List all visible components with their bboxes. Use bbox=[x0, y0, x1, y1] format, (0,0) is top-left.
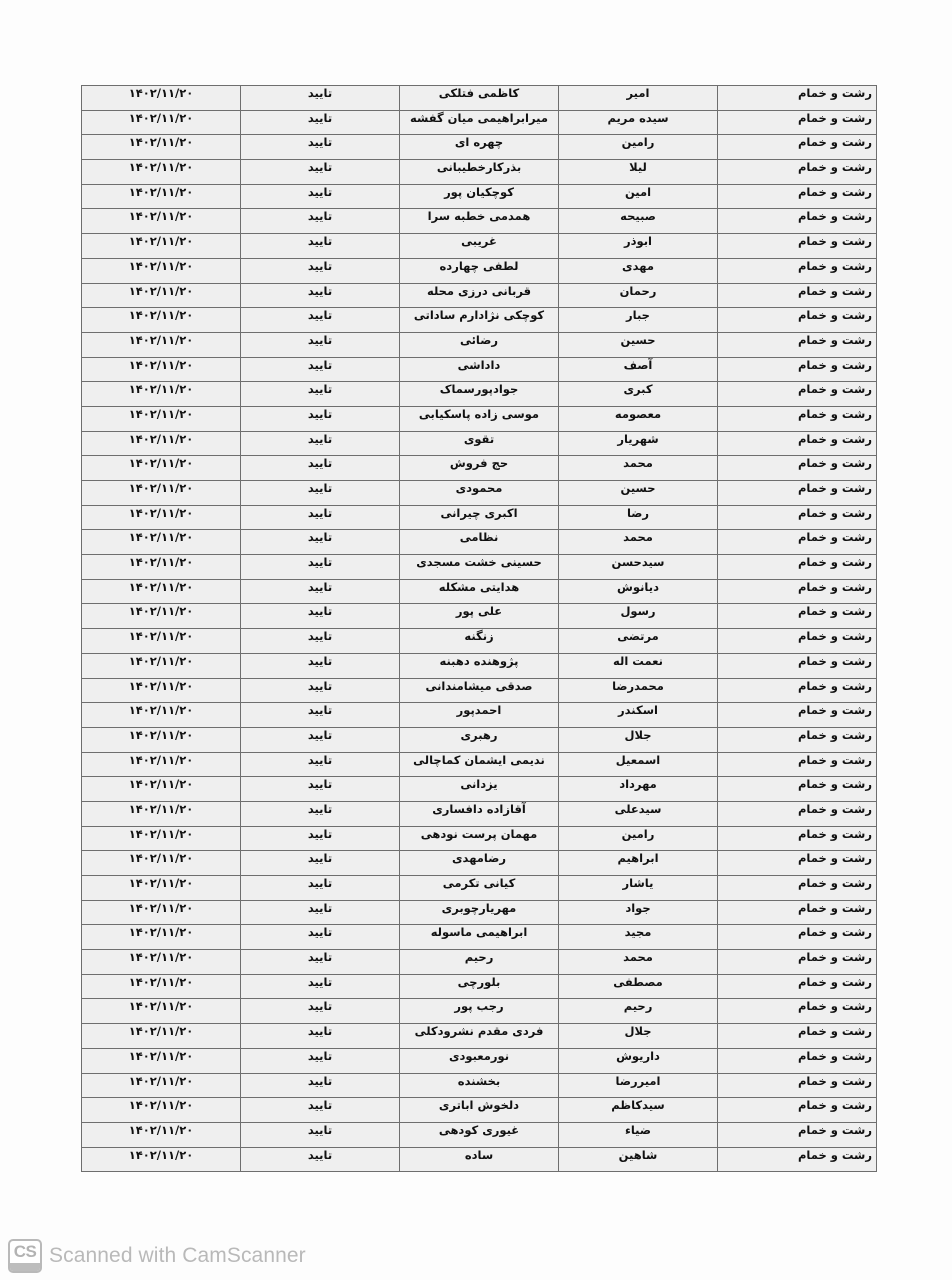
last-name-cell: غریبی bbox=[400, 234, 559, 259]
date-cell: ۱۴۰۲/۱۱/۲۰ bbox=[82, 876, 241, 901]
table-row: ۱۴۰۲/۱۱/۲۰تاییدهمدمی خطبه سراصبیحهرشت و … bbox=[82, 209, 877, 234]
date-cell: ۱۴۰۲/۱۱/۲۰ bbox=[82, 950, 241, 975]
status-cell: تایید bbox=[241, 925, 400, 950]
first-name-cell: مهرداد bbox=[559, 777, 718, 802]
status-cell: تایید bbox=[241, 283, 400, 308]
region-cell: رشت و خمام bbox=[718, 209, 877, 234]
table-row: ۱۴۰۲/۱۱/۲۰تاییدآقازاده دافساریسیدعلیرشت … bbox=[82, 801, 877, 826]
date-cell: ۱۴۰۲/۱۱/۲۰ bbox=[82, 727, 241, 752]
last-name-cell: نورمعبودی bbox=[400, 1048, 559, 1073]
table-row: ۱۴۰۲/۱۱/۲۰تاییدعلی پوررسولرشت و خمام bbox=[82, 604, 877, 629]
status-cell: تایید bbox=[241, 1122, 400, 1147]
camscanner-logo-icon: CS bbox=[8, 1239, 42, 1273]
date-cell: ۱۴۰۲/۱۱/۲۰ bbox=[82, 653, 241, 678]
table-row: ۱۴۰۲/۱۱/۲۰تاییدصدقی میشامندانیمحمدرضارشت… bbox=[82, 678, 877, 703]
region-cell: رشت و خمام bbox=[718, 801, 877, 826]
status-cell: تایید bbox=[241, 801, 400, 826]
last-name-cell: همدمی خطبه سرا bbox=[400, 209, 559, 234]
region-cell: رشت و خمام bbox=[718, 530, 877, 555]
first-name-cell: محمد bbox=[559, 456, 718, 481]
last-name-cell: لطفی چهارده bbox=[400, 258, 559, 283]
first-name-cell: مجید bbox=[559, 925, 718, 950]
status-cell: تایید bbox=[241, 184, 400, 209]
status-cell: تایید bbox=[241, 876, 400, 901]
last-name-cell: احمدپور bbox=[400, 703, 559, 728]
table-row: ۱۴۰۲/۱۱/۲۰تاییدمحمودیحسینرشت و خمام bbox=[82, 481, 877, 506]
status-cell: تایید bbox=[241, 900, 400, 925]
table-row: ۱۴۰۲/۱۱/۲۰تاییدرجب پوررحیمرشت و خمام bbox=[82, 999, 877, 1024]
status-cell: تایید bbox=[241, 974, 400, 999]
first-name-cell: جواد bbox=[559, 900, 718, 925]
table-row: ۱۴۰۲/۱۱/۲۰تاییداحمدپوراسکندررشت و خمام bbox=[82, 703, 877, 728]
date-cell: ۱۴۰۲/۱۱/۲۰ bbox=[82, 382, 241, 407]
first-name-cell: رسول bbox=[559, 604, 718, 629]
camscanner-watermark: CS Scanned with CamScanner bbox=[8, 1238, 306, 1274]
region-cell: رشت و خمام bbox=[718, 826, 877, 851]
table-row: ۱۴۰۲/۱۱/۲۰تاییدحسینی خشت مسجدیسیدحسنرشت … bbox=[82, 555, 877, 580]
last-name-cell: مهریارچوبری bbox=[400, 900, 559, 925]
region-cell: رشت و خمام bbox=[718, 431, 877, 456]
date-cell: ۱۴۰۲/۱۱/۲۰ bbox=[82, 801, 241, 826]
last-name-cell: رحیم bbox=[400, 950, 559, 975]
table-row: ۱۴۰۲/۱۱/۲۰تاییدقربانی درزی محلهرحمانرشت … bbox=[82, 283, 877, 308]
last-name-cell: آقازاده دافساری bbox=[400, 801, 559, 826]
date-cell: ۱۴۰۲/۱۱/۲۰ bbox=[82, 999, 241, 1024]
date-cell: ۱۴۰۲/۱۱/۲۰ bbox=[82, 604, 241, 629]
first-name-cell: حسین bbox=[559, 332, 718, 357]
region-cell: رشت و خمام bbox=[718, 555, 877, 580]
first-name-cell: رامین bbox=[559, 135, 718, 160]
date-cell: ۱۴۰۲/۱۱/۲۰ bbox=[82, 752, 241, 777]
table-row: ۱۴۰۲/۱۱/۲۰تاییدغریبیابوذررشت و خمام bbox=[82, 234, 877, 259]
table-row: ۱۴۰۲/۱۱/۲۰تاییدابراهیمی ماسولهمجیدرشت و … bbox=[82, 925, 877, 950]
watermark-text: Scanned with CamScanner bbox=[49, 1244, 306, 1268]
status-cell: تایید bbox=[241, 481, 400, 506]
table-row: ۱۴۰۲/۱۱/۲۰تاییدرضائیحسینرشت و خمام bbox=[82, 332, 877, 357]
status-cell: تایید bbox=[241, 752, 400, 777]
table-row: ۱۴۰۲/۱۱/۲۰تاییدبذرکارخطیبانیلیلارشت و خم… bbox=[82, 160, 877, 185]
table-row: ۱۴۰۲/۱۱/۲۰تاییدنظامیمحمدرشت و خمام bbox=[82, 530, 877, 555]
first-name-cell: رامین bbox=[559, 826, 718, 851]
first-name-cell: ابراهیم bbox=[559, 851, 718, 876]
region-cell: رشت و خمام bbox=[718, 1122, 877, 1147]
first-name-cell: رحیم bbox=[559, 999, 718, 1024]
status-cell: تایید bbox=[241, 505, 400, 530]
first-name-cell: سیدحسن bbox=[559, 555, 718, 580]
date-cell: ۱۴۰۲/۱۱/۲۰ bbox=[82, 1024, 241, 1049]
status-cell: تایید bbox=[241, 727, 400, 752]
status-cell: تایید bbox=[241, 382, 400, 407]
region-cell: رشت و خمام bbox=[718, 258, 877, 283]
table-row: ۱۴۰۲/۱۱/۲۰تاییدرحیممحمدرشت و خمام bbox=[82, 950, 877, 975]
date-cell: ۱۴۰۲/۱۱/۲۰ bbox=[82, 678, 241, 703]
status-cell: تایید bbox=[241, 1073, 400, 1098]
status-cell: تایید bbox=[241, 160, 400, 185]
last-name-cell: پژوهنده دهبنه bbox=[400, 653, 559, 678]
status-cell: تایید bbox=[241, 135, 400, 160]
first-name-cell: امیر bbox=[559, 86, 718, 111]
status-cell: تایید bbox=[241, 579, 400, 604]
status-cell: تایید bbox=[241, 653, 400, 678]
date-cell: ۱۴۰۲/۱۱/۲۰ bbox=[82, 406, 241, 431]
region-cell: رشت و خمام bbox=[718, 283, 877, 308]
region-cell: رشت و خمام bbox=[718, 999, 877, 1024]
date-cell: ۱۴۰۲/۱۱/۲۰ bbox=[82, 110, 241, 135]
region-cell: رشت و خمام bbox=[718, 703, 877, 728]
camscanner-logo-text: CS bbox=[14, 1241, 37, 1263]
status-cell: تایید bbox=[241, 777, 400, 802]
table-row: ۱۴۰۲/۱۱/۲۰تاییدمهمان پرست نودهیرامینرشت … bbox=[82, 826, 877, 851]
last-name-cell: ابراهیمی ماسوله bbox=[400, 925, 559, 950]
table-row: ۱۴۰۲/۱۱/۲۰تاییدمیرابراهیمی میان گفشهسیده… bbox=[82, 110, 877, 135]
status-cell: تایید bbox=[241, 456, 400, 481]
table-row: ۱۴۰۲/۱۱/۲۰تاییدنورمعبودیداریوشرشت و خمام bbox=[82, 1048, 877, 1073]
table-row: ۱۴۰۲/۱۱/۲۰تاییدکاظمی فتلکیامیررشت و خمام bbox=[82, 86, 877, 111]
status-cell: تایید bbox=[241, 604, 400, 629]
date-cell: ۱۴۰۲/۱۱/۲۰ bbox=[82, 1073, 241, 1098]
date-cell: ۱۴۰۲/۱۱/۲۰ bbox=[82, 135, 241, 160]
date-cell: ۱۴۰۲/۱۱/۲۰ bbox=[82, 431, 241, 456]
table-row: ۱۴۰۲/۱۱/۲۰تاییدغیوری کودهیضیاءرشت و خمام bbox=[82, 1122, 877, 1147]
last-name-cell: اکبری چیرانی bbox=[400, 505, 559, 530]
first-name-cell: رحمان bbox=[559, 283, 718, 308]
table-row: ۱۴۰۲/۱۱/۲۰تاییدیزدانیمهردادرشت و خمام bbox=[82, 777, 877, 802]
table-row: ۱۴۰۲/۱۱/۲۰تاییدبلورچیمصطفیرشت و خمام bbox=[82, 974, 877, 999]
region-cell: رشت و خمام bbox=[718, 579, 877, 604]
first-name-cell: معصومه bbox=[559, 406, 718, 431]
last-name-cell: بذرکارخطیبانی bbox=[400, 160, 559, 185]
table-row: ۱۴۰۲/۱۱/۲۰تاییدحج فروشمحمدرشت و خمام bbox=[82, 456, 877, 481]
region-cell: رشت و خمام bbox=[718, 184, 877, 209]
table-row: ۱۴۰۲/۱۱/۲۰تاییدکوچکی نژادارم ساداتیجبارر… bbox=[82, 308, 877, 333]
date-cell: ۱۴۰۲/۱۱/۲۰ bbox=[82, 505, 241, 530]
last-name-cell: میرابراهیمی میان گفشه bbox=[400, 110, 559, 135]
table-row: ۱۴۰۲/۱۱/۲۰تاییدجوادپورسماککبریرشت و خمام bbox=[82, 382, 877, 407]
table-row: ۱۴۰۲/۱۱/۲۰تاییدبخشندهامیررضارشت و خمام bbox=[82, 1073, 877, 1098]
date-cell: ۱۴۰۲/۱۱/۲۰ bbox=[82, 308, 241, 333]
last-name-cell: غیوری کودهی bbox=[400, 1122, 559, 1147]
first-name-cell: جلال bbox=[559, 1024, 718, 1049]
date-cell: ۱۴۰۲/۱۱/۲۰ bbox=[82, 1147, 241, 1172]
first-name-cell: سیدکاظم bbox=[559, 1098, 718, 1123]
first-name-cell: آصف bbox=[559, 357, 718, 382]
last-name-cell: ساده bbox=[400, 1147, 559, 1172]
region-cell: رشت و خمام bbox=[718, 110, 877, 135]
region-cell: رشت و خمام bbox=[718, 406, 877, 431]
region-cell: رشت و خمام bbox=[718, 481, 877, 506]
first-name-cell: مصطفی bbox=[559, 974, 718, 999]
last-name-cell: رضائی bbox=[400, 332, 559, 357]
last-name-cell: بلورچی bbox=[400, 974, 559, 999]
last-name-cell: رهبری bbox=[400, 727, 559, 752]
last-name-cell: رضامهدی bbox=[400, 851, 559, 876]
first-name-cell: حسین bbox=[559, 481, 718, 506]
roster-table: ۱۴۰۲/۱۱/۲۰تاییدکاظمی فتلکیامیررشت و خمام… bbox=[81, 85, 877, 1172]
region-cell: رشت و خمام bbox=[718, 382, 877, 407]
first-name-cell: رضا bbox=[559, 505, 718, 530]
date-cell: ۱۴۰۲/۱۱/۲۰ bbox=[82, 826, 241, 851]
region-cell: رشت و خمام bbox=[718, 777, 877, 802]
last-name-cell: فردی مقدم نشرودکلی bbox=[400, 1024, 559, 1049]
status-cell: تایید bbox=[241, 332, 400, 357]
region-cell: رشت و خمام bbox=[718, 135, 877, 160]
last-name-cell: محمودی bbox=[400, 481, 559, 506]
region-cell: رشت و خمام bbox=[718, 851, 877, 876]
last-name-cell: مهمان پرست نودهی bbox=[400, 826, 559, 851]
last-name-cell: هدایتی مشکله bbox=[400, 579, 559, 604]
region-cell: رشت و خمام bbox=[718, 974, 877, 999]
first-name-cell: سیده مریم bbox=[559, 110, 718, 135]
date-cell: ۱۴۰۲/۱۱/۲۰ bbox=[82, 332, 241, 357]
last-name-cell: علی پور bbox=[400, 604, 559, 629]
region-cell: رشت و خمام bbox=[718, 456, 877, 481]
status-cell: تایید bbox=[241, 209, 400, 234]
status-cell: تایید bbox=[241, 110, 400, 135]
region-cell: رشت و خمام bbox=[718, 234, 877, 259]
region-cell: رشت و خمام bbox=[718, 160, 877, 185]
last-name-cell: دلخوش اباتری bbox=[400, 1098, 559, 1123]
region-cell: رشت و خمام bbox=[718, 86, 877, 111]
first-name-cell: جبار bbox=[559, 308, 718, 333]
status-cell: تایید bbox=[241, 86, 400, 111]
first-name-cell: ضیاء bbox=[559, 1122, 718, 1147]
table-row: ۱۴۰۲/۱۱/۲۰تاییددلخوش اباتریسیدکاظمرشت و … bbox=[82, 1098, 877, 1123]
status-cell: تایید bbox=[241, 678, 400, 703]
status-cell: تایید bbox=[241, 629, 400, 654]
date-cell: ۱۴۰۲/۱۱/۲۰ bbox=[82, 234, 241, 259]
table-row: ۱۴۰۲/۱۱/۲۰تاییداکبری چیرانیرضارشت و خمام bbox=[82, 505, 877, 530]
status-cell: تایید bbox=[241, 1098, 400, 1123]
status-cell: تایید bbox=[241, 826, 400, 851]
region-cell: رشت و خمام bbox=[718, 357, 877, 382]
first-name-cell: امین bbox=[559, 184, 718, 209]
table-row: ۱۴۰۲/۱۱/۲۰تاییدکیانی تکرمییاشاررشت و خما… bbox=[82, 876, 877, 901]
region-cell: رشت و خمام bbox=[718, 1147, 877, 1172]
last-name-cell: حج فروش bbox=[400, 456, 559, 481]
region-cell: رشت و خمام bbox=[718, 1024, 877, 1049]
last-name-cell: رجب پور bbox=[400, 999, 559, 1024]
first-name-cell: محمد bbox=[559, 530, 718, 555]
date-cell: ۱۴۰۲/۱۱/۲۰ bbox=[82, 1122, 241, 1147]
table-row: ۱۴۰۲/۱۱/۲۰تاییدموسی زاده پاسکیابیمعصومهر… bbox=[82, 406, 877, 431]
table-row: ۱۴۰۲/۱۱/۲۰تاییدسادهشاهینرشت و خمام bbox=[82, 1147, 877, 1172]
status-cell: تایید bbox=[241, 234, 400, 259]
first-name-cell: جلال bbox=[559, 727, 718, 752]
table-row: ۱۴۰۲/۱۱/۲۰تاییدکوچکیان پورامینرشت و خمام bbox=[82, 184, 877, 209]
status-cell: تایید bbox=[241, 357, 400, 382]
date-cell: ۱۴۰۲/۱۱/۲۰ bbox=[82, 703, 241, 728]
region-cell: رشت و خمام bbox=[718, 604, 877, 629]
table-row: ۱۴۰۲/۱۱/۲۰تاییدتقویشهریاررشت و خمام bbox=[82, 431, 877, 456]
status-cell: تایید bbox=[241, 950, 400, 975]
date-cell: ۱۴۰۲/۱۱/۲۰ bbox=[82, 160, 241, 185]
status-cell: تایید bbox=[241, 555, 400, 580]
first-name-cell: دیانوش bbox=[559, 579, 718, 604]
status-cell: تایید bbox=[241, 431, 400, 456]
table-row: ۱۴۰۲/۱۱/۲۰تاییدرضامهدیابراهیمرشت و خمام bbox=[82, 851, 877, 876]
first-name-cell: نعمت اله bbox=[559, 653, 718, 678]
last-name-cell: کیانی تکرمی bbox=[400, 876, 559, 901]
first-name-cell: صبیحه bbox=[559, 209, 718, 234]
table-row: ۱۴۰۲/۱۱/۲۰تاییدپژوهنده دهبنهنعمت الهرشت … bbox=[82, 653, 877, 678]
date-cell: ۱۴۰۲/۱۱/۲۰ bbox=[82, 530, 241, 555]
first-name-cell: داریوش bbox=[559, 1048, 718, 1073]
date-cell: ۱۴۰۲/۱۱/۲۰ bbox=[82, 184, 241, 209]
first-name-cell: اسکندر bbox=[559, 703, 718, 728]
table-row: ۱۴۰۲/۱۱/۲۰تاییدداداشیآصفرشت و خمام bbox=[82, 357, 877, 382]
last-name-cell: زنگنه bbox=[400, 629, 559, 654]
region-cell: رشت و خمام bbox=[718, 1098, 877, 1123]
region-cell: رشت و خمام bbox=[718, 727, 877, 752]
last-name-cell: یزدانی bbox=[400, 777, 559, 802]
last-name-cell: حسینی خشت مسجدی bbox=[400, 555, 559, 580]
region-cell: رشت و خمام bbox=[718, 629, 877, 654]
region-cell: رشت و خمام bbox=[718, 900, 877, 925]
first-name-cell: لیلا bbox=[559, 160, 718, 185]
last-name-cell: نظامی bbox=[400, 530, 559, 555]
first-name-cell: محمدرضا bbox=[559, 678, 718, 703]
last-name-cell: کاظمی فتلکی bbox=[400, 86, 559, 111]
date-cell: ۱۴۰۲/۱۱/۲۰ bbox=[82, 481, 241, 506]
first-name-cell: مرتضی bbox=[559, 629, 718, 654]
first-name-cell: کبری bbox=[559, 382, 718, 407]
date-cell: ۱۴۰۲/۱۱/۲۰ bbox=[82, 555, 241, 580]
region-cell: رشت و خمام bbox=[718, 925, 877, 950]
status-cell: تایید bbox=[241, 1147, 400, 1172]
table-row: ۱۴۰۲/۱۱/۲۰تاییدمهریارچوبریجوادرشت و خمام bbox=[82, 900, 877, 925]
table-row: ۱۴۰۲/۱۱/۲۰تاییدچهره ایرامینرشت و خمام bbox=[82, 135, 877, 160]
date-cell: ۱۴۰۲/۱۱/۲۰ bbox=[82, 209, 241, 234]
status-cell: تایید bbox=[241, 999, 400, 1024]
region-cell: رشت و خمام bbox=[718, 1073, 877, 1098]
date-cell: ۱۴۰۲/۱۱/۲۰ bbox=[82, 283, 241, 308]
date-cell: ۱۴۰۲/۱۱/۲۰ bbox=[82, 579, 241, 604]
date-cell: ۱۴۰۲/۱۱/۲۰ bbox=[82, 777, 241, 802]
last-name-cell: کوچکیان پور bbox=[400, 184, 559, 209]
last-name-cell: داداشی bbox=[400, 357, 559, 382]
first-name-cell: یاشار bbox=[559, 876, 718, 901]
first-name-cell: ابوذر bbox=[559, 234, 718, 259]
first-name-cell: شهریار bbox=[559, 431, 718, 456]
date-cell: ۱۴۰۲/۱۱/۲۰ bbox=[82, 900, 241, 925]
last-name-cell: قربانی درزی محله bbox=[400, 283, 559, 308]
status-cell: تایید bbox=[241, 308, 400, 333]
date-cell: ۱۴۰۲/۱۱/۲۰ bbox=[82, 258, 241, 283]
region-cell: رشت و خمام bbox=[718, 752, 877, 777]
region-cell: رشت و خمام bbox=[718, 505, 877, 530]
table-row: ۱۴۰۲/۱۱/۲۰تاییدهدایتی مشکلهدیانوشرشت و خ… bbox=[82, 579, 877, 604]
region-cell: رشت و خمام bbox=[718, 1048, 877, 1073]
status-cell: تایید bbox=[241, 851, 400, 876]
first-name-cell: مهدی bbox=[559, 258, 718, 283]
status-cell: تایید bbox=[241, 1048, 400, 1073]
last-name-cell: چهره ای bbox=[400, 135, 559, 160]
last-name-cell: صدقی میشامندانی bbox=[400, 678, 559, 703]
date-cell: ۱۴۰۲/۱۱/۲۰ bbox=[82, 456, 241, 481]
region-cell: رشت و خمام bbox=[718, 876, 877, 901]
date-cell: ۱۴۰۲/۱۱/۲۰ bbox=[82, 925, 241, 950]
status-cell: تایید bbox=[241, 258, 400, 283]
status-cell: تایید bbox=[241, 1024, 400, 1049]
date-cell: ۱۴۰۲/۱۱/۲۰ bbox=[82, 357, 241, 382]
status-cell: تایید bbox=[241, 703, 400, 728]
first-name-cell: امیررضا bbox=[559, 1073, 718, 1098]
date-cell: ۱۴۰۲/۱۱/۲۰ bbox=[82, 974, 241, 999]
region-cell: رشت و خمام bbox=[718, 308, 877, 333]
date-cell: ۱۴۰۲/۱۱/۲۰ bbox=[82, 86, 241, 111]
last-name-cell: تقوی bbox=[400, 431, 559, 456]
region-cell: رشت و خمام bbox=[718, 678, 877, 703]
table-row: ۱۴۰۲/۱۱/۲۰تاییدلطفی چهاردهمهدیرشت و خمام bbox=[82, 258, 877, 283]
last-name-cell: کوچکی نژادارم ساداتی bbox=[400, 308, 559, 333]
last-name-cell: بخشنده bbox=[400, 1073, 559, 1098]
first-name-cell: اسمعیل bbox=[559, 752, 718, 777]
region-cell: رشت و خمام bbox=[718, 653, 877, 678]
first-name-cell: سیدعلی bbox=[559, 801, 718, 826]
date-cell: ۱۴۰۲/۱۱/۲۰ bbox=[82, 1098, 241, 1123]
last-name-cell: موسی زاده پاسکیابی bbox=[400, 406, 559, 431]
scanned-page: ۱۴۰۲/۱۱/۲۰تاییدکاظمی فتلکیامیررشت و خمام… bbox=[0, 0, 952, 1280]
region-cell: رشت و خمام bbox=[718, 950, 877, 975]
region-cell: رشت و خمام bbox=[718, 332, 877, 357]
table-row: ۱۴۰۲/۱۱/۲۰تاییدندیمی ایشمان کماچالیاسمعی… bbox=[82, 752, 877, 777]
date-cell: ۱۴۰۲/۱۱/۲۰ bbox=[82, 851, 241, 876]
table-row: ۱۴۰۲/۱۱/۲۰تاییدرهبریجلالرشت و خمام bbox=[82, 727, 877, 752]
first-name-cell: محمد bbox=[559, 950, 718, 975]
status-cell: تایید bbox=[241, 406, 400, 431]
last-name-cell: جوادپورسماک bbox=[400, 382, 559, 407]
date-cell: ۱۴۰۲/۱۱/۲۰ bbox=[82, 629, 241, 654]
first-name-cell: شاهین bbox=[559, 1147, 718, 1172]
status-cell: تایید bbox=[241, 530, 400, 555]
date-cell: ۱۴۰۲/۱۱/۲۰ bbox=[82, 1048, 241, 1073]
last-name-cell: ندیمی ایشمان کماچالی bbox=[400, 752, 559, 777]
table-row: ۱۴۰۲/۱۱/۲۰تاییدزنگنهمرتضیرشت و خمام bbox=[82, 629, 877, 654]
table-row: ۱۴۰۲/۱۱/۲۰تاییدفردی مقدم نشرودکلیجلالرشت… bbox=[82, 1024, 877, 1049]
roster-table-body: ۱۴۰۲/۱۱/۲۰تاییدکاظمی فتلکیامیررشت و خمام… bbox=[82, 86, 877, 1172]
